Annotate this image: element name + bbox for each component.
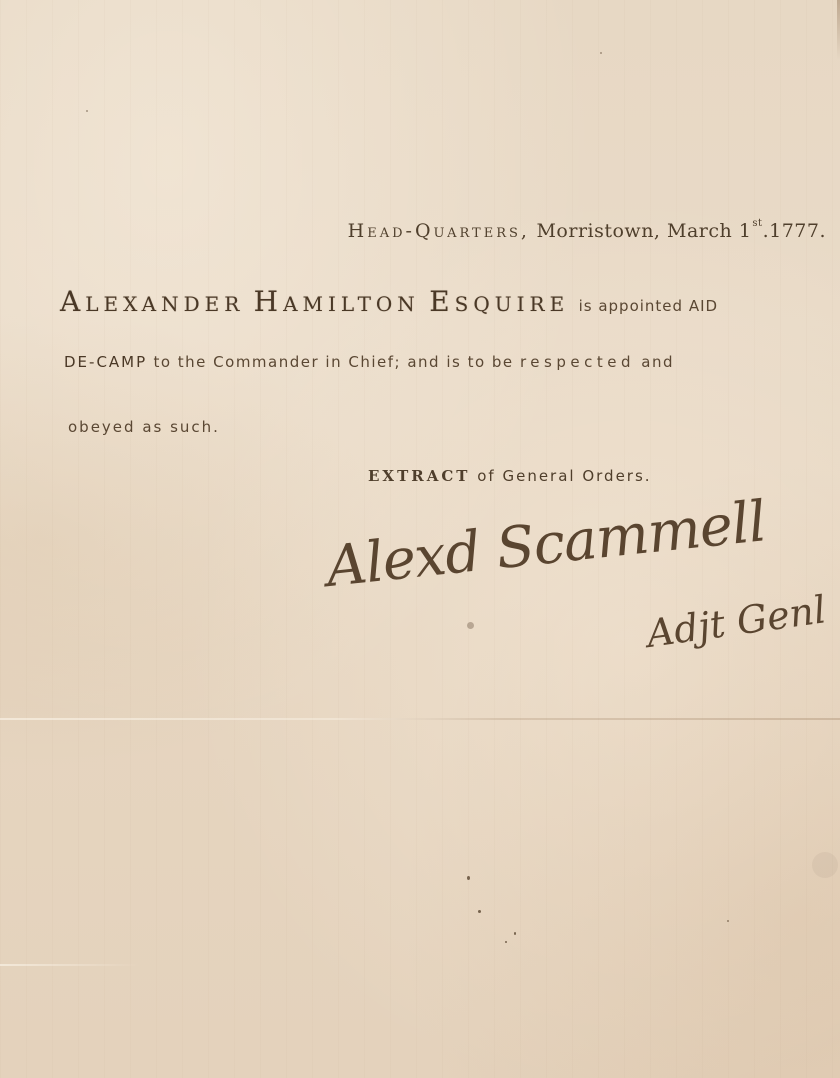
signature-title: Adjt Genl — [644, 587, 829, 656]
horizontal-fold-line — [0, 718, 840, 720]
appointment-text: is appointed AID — [579, 297, 718, 315]
respected-word: respected — [520, 353, 635, 371]
role-text: DE-CAMP — [64, 353, 147, 371]
ink-speck — [86, 110, 88, 112]
ink-speck — [812, 852, 838, 878]
ink-speck — [600, 52, 602, 54]
ink-speck — [467, 876, 470, 880]
document-heading: Head-Quarters, Morristown, March 1st.177… — [348, 220, 826, 242]
heading-prefix: Head-Quarters, — [348, 220, 530, 242]
body-line-3-text: obeyed as such. — [68, 418, 220, 436]
signature-name: Alexd Scammell — [323, 489, 768, 600]
ink-speck — [505, 941, 507, 943]
extract-label: EXTRACT — [368, 467, 470, 485]
minor-fold-crease — [0, 964, 140, 966]
ink-speck — [478, 910, 481, 913]
body-line-3: obeyed as such. — [68, 418, 220, 436]
ink-speck — [514, 932, 516, 935]
ink-speck — [727, 920, 729, 922]
heading-month: March — [667, 220, 732, 242]
heading-year: .1777. — [763, 220, 826, 242]
ink-speck — [467, 622, 474, 629]
heading-day-suffix: st — [752, 218, 762, 229]
name-last: Hamilton — [254, 285, 420, 318]
extract-line: EXTRACT of General Orders. — [368, 467, 652, 485]
body-line-2-end: and — [641, 353, 674, 371]
body-line-2: DE-CAMP to the Commander in Chief; and i… — [64, 353, 674, 371]
heading-day: 1 — [739, 220, 752, 242]
extract-text: of General Orders. — [477, 467, 651, 485]
heading-place: Morristown, — [536, 220, 660, 242]
name-first: Alexander — [60, 285, 244, 318]
body-line-2-text: to the Commander in Chief; and is to be — [153, 353, 513, 371]
document-page: Head-Quarters, Morristown, March 1st.177… — [0, 0, 840, 1078]
name-title: Esquire — [429, 285, 569, 318]
body-line-1: Alexander Hamilton Esquire is appointed … — [60, 285, 718, 318]
